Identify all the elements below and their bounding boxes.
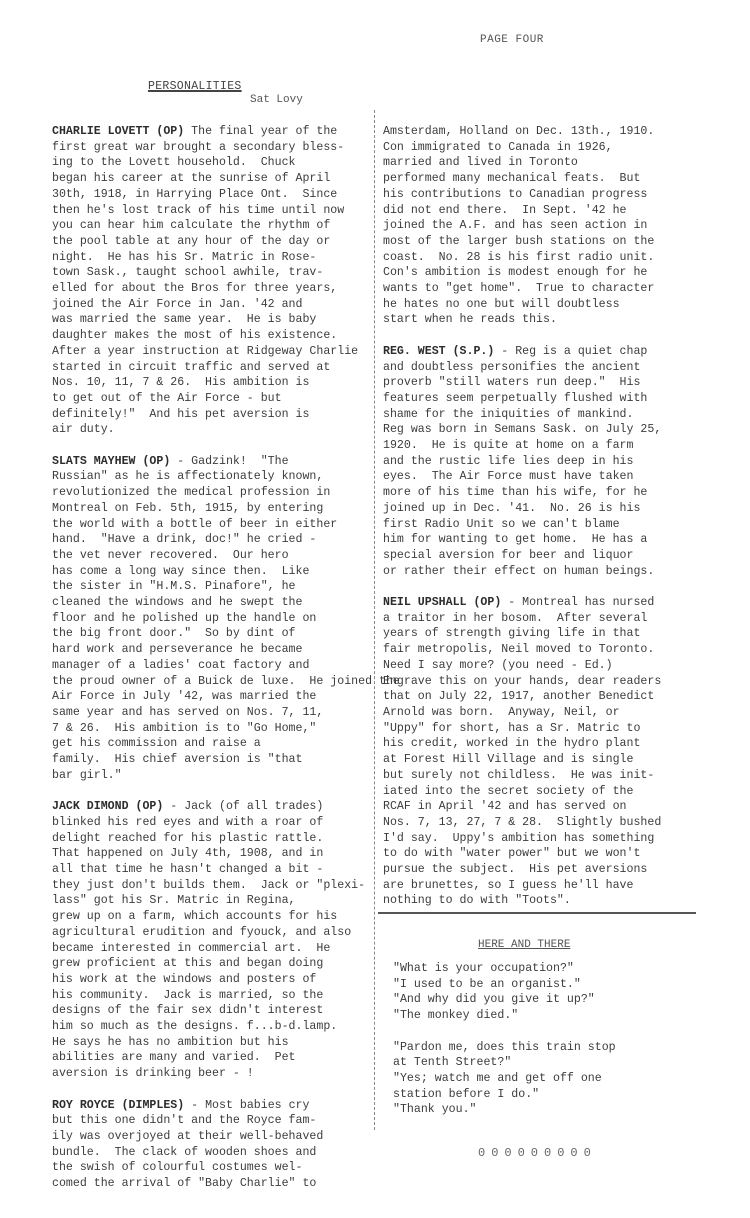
text-line: years of strength giving life in that <box>383 626 703 642</box>
text-line: his work at the windows and posters of <box>52 972 370 988</box>
text-line: hand. "Have a drink, doc!" he cried - <box>52 532 370 548</box>
text-line: the pool table at any hour of the day or <box>52 234 370 250</box>
text-line: all that time he hasn't changed a bit - <box>52 862 370 878</box>
text-line: and doubtless personifies the ancient <box>383 360 703 376</box>
profile-name: CHARLIE LOVETT (OP) <box>52 125 184 138</box>
joke-line: "The monkey died." <box>393 1008 616 1024</box>
joke: "Pardon me, does this train stopat Tenth… <box>393 1040 616 1119</box>
text-line: a traitor in her bosom. After several <box>383 611 703 627</box>
text-line: joined the A.F. and has seen action in <box>383 218 703 234</box>
text-line: bundle. The clack of wooden shoes and <box>52 1145 370 1161</box>
joke-line: at Tenth Street?" <box>393 1055 616 1071</box>
text-line: 30th, 1918, in Harrying Place Ont. Since <box>52 187 370 203</box>
text-line: Need I say more? (you need - Ed.) <box>383 658 703 674</box>
joke-line: "Thank you." <box>393 1102 616 1118</box>
profile-name: NEIL UPSHALL (OP) <box>383 596 501 609</box>
text-line: 1920. He is quite at home on a farm <box>383 438 703 454</box>
text-line: the vet never recovered. Our hero <box>52 548 370 564</box>
text-line: family. His chief aversion is "that <box>52 752 370 768</box>
text-line: agricultural erudition and fyouck, and a… <box>52 925 370 941</box>
column-divider <box>374 110 375 1130</box>
text-line: Nos. 7, 13, 27, 7 & 28. Slightly bushed <box>383 815 703 831</box>
profile-name: JACK DIMOND (OP) <box>52 800 163 813</box>
text-line: wants to "get home". True to character <box>383 281 703 297</box>
text-line: more of his time than his wife, for he <box>383 485 703 501</box>
text-line: 7 & 26. His ambition is to "Go Home," <box>52 721 370 737</box>
joke-line: "And why did you give it up?" <box>393 992 616 1008</box>
text-line: ing to the Lovett household. Chuck <box>52 155 370 171</box>
profile-paragraph: NEIL UPSHALL (OP) - Montreal has nurseda… <box>383 595 703 909</box>
text-line: joined up in Dec. '41. No. 26 is his <box>383 501 703 517</box>
text-line: daughter makes the most of his existence… <box>52 328 370 344</box>
text-line: to do with "water power" but we won't <box>383 846 703 862</box>
text-line: CHARLIE LOVETT (OP) The final year of th… <box>52 124 370 140</box>
text-line: abilities are many and varied. Pet <box>52 1050 370 1066</box>
text-line: "Uppy" for short, has a Sr. Matric to <box>383 721 703 737</box>
text-line: Reg was born in Semans Sask. on July 25, <box>383 422 703 438</box>
text-line: became interested in commercial art. He <box>52 941 370 957</box>
text-line: aversion is drinking beer - ! <box>52 1066 370 1082</box>
profile-paragraph: SLATS MAYHEW (OP) - Gadzink! "TheRussian… <box>52 454 370 784</box>
text-line: comed the arrival of "Baby Charlie" to <box>52 1176 370 1192</box>
joke: "What is your occupation?""I used to be … <box>393 961 616 1024</box>
text-line: blinked his red eyes and with a roar of <box>52 815 370 831</box>
box-title: HERE AND THERE <box>478 939 570 951</box>
text-line: him for wanting to get home. He has a <box>383 532 703 548</box>
profile-paragraph: CHARLIE LOVETT (OP) The final year of th… <box>52 124 370 438</box>
text-line: his credit, worked in the hydro plant <box>383 736 703 752</box>
text-line: was married the same year. He is baby <box>52 312 370 328</box>
text-line: but this one didn't and the Royce fam- <box>52 1113 370 1129</box>
jokes-section: "What is your occupation?""I used to be … <box>393 961 616 1134</box>
text-line: JACK DIMOND (OP) - Jack (of all trades) <box>52 799 370 815</box>
text-line: they just don't builds them. Jack or "pl… <box>52 878 370 894</box>
text-line: at Forest Hill Village and is single <box>383 752 703 768</box>
text-line: fair metropolis, Neil moved to Toronto. <box>383 642 703 658</box>
page-number: PAGE FOUR <box>480 34 544 46</box>
text-line: bar girl." <box>52 768 370 784</box>
text-line: to get out of the Air Force - but <box>52 391 370 407</box>
text-line: REG. WEST (S.P.) - Reg is a quiet chap <box>383 344 703 360</box>
text-line: pursue the subject. His pet aversions <box>383 862 703 878</box>
profile-paragraph: Amsterdam, Holland on Dec. 13th., 1910.C… <box>383 124 703 328</box>
text-line: but surely not childless. He was init- <box>383 768 703 784</box>
text-line: iated into the secret society of the <box>383 784 703 800</box>
text-line: performed many mechanical feats. But <box>383 171 703 187</box>
horizontal-rule <box>378 912 696 914</box>
text-line: He says he has no ambition but his <box>52 1035 370 1051</box>
text-line: Nos. 10, 11, 7 & 26. His ambition is <box>52 375 370 391</box>
text-line: the proud owner of a Buick de luxe. He j… <box>52 674 370 690</box>
text-line: joined the Air Force in Jan. '42 and <box>52 297 370 313</box>
text-line: first Radio Unit so we can't blame <box>383 517 703 533</box>
text-line: the big front door." So by dint of <box>52 626 370 642</box>
text-line: ROY ROYCE (DIMPLES) - Most babies cry <box>52 1098 370 1114</box>
text-line: most of the larger bush stations on the <box>383 234 703 250</box>
footer-mark: 000000000 <box>478 1146 597 1160</box>
byline: Sat Lovy <box>250 94 303 106</box>
profile-name: REG. WEST (S.P.) <box>383 345 494 358</box>
text-line: him so much as the designs. f...b-d.lamp… <box>52 1019 370 1035</box>
text-line: grew proficient at this and began doing <box>52 956 370 972</box>
text-line: has come a long way since then. Like <box>52 564 370 580</box>
text-line: Engrave this on your hands, dear readers <box>383 674 703 690</box>
text-line: designs of the fair sex didn't interest <box>52 1003 370 1019</box>
profile-paragraph: ROY ROYCE (DIMPLES) - Most babies crybut… <box>52 1098 370 1192</box>
text-line: After a year instruction at Ridgeway Cha… <box>52 344 370 360</box>
joke-line: "Pardon me, does this train stop <box>393 1040 616 1056</box>
text-line: his contributions to Canadian progress <box>383 187 703 203</box>
text-line: eyes. The Air Force must have taken <box>383 469 703 485</box>
text-line: special aversion for beer and liquor <box>383 548 703 564</box>
profile-paragraph: REG. WEST (S.P.) - Reg is a quiet chapan… <box>383 344 703 580</box>
profile-name: SLATS MAYHEW (OP) <box>52 455 170 468</box>
text-line: began his career at the sunrise of April <box>52 171 370 187</box>
text-line: he hates no one but will doubtless <box>383 297 703 313</box>
text-line: cleaned the windows and he swept the <box>52 595 370 611</box>
text-line: RCAF in April '42 and has served on <box>383 799 703 815</box>
text-line: nothing to do with "Toots". <box>383 893 703 909</box>
text-line: coast. No. 28 is his first radio unit. <box>383 250 703 266</box>
text-line: his community. Jack is married, so the <box>52 988 370 1004</box>
text-line: are brunettes, so I guess he'll have <box>383 878 703 894</box>
joke-line: "Yes; watch me and get off one <box>393 1071 616 1087</box>
text-line: I'd say. Uppy's ambition has something <box>383 831 703 847</box>
text-line: Montreal on Feb. 5th, 1915, by entering <box>52 501 370 517</box>
text-line: get his commission and raise a <box>52 736 370 752</box>
text-line: start when he reads this. <box>383 312 703 328</box>
text-line: ily was overjoyed at their well-behaved <box>52 1129 370 1145</box>
text-line: Air Force in July '42, was married the <box>52 689 370 705</box>
text-line: elled for about the Bros for three years… <box>52 281 370 297</box>
text-line: town Sask., taught school awhile, trav- <box>52 265 370 281</box>
text-line: first great war brought a secondary bles… <box>52 140 370 156</box>
text-line: Russian" as he is affectionately known, <box>52 469 370 485</box>
text-line: proverb "still waters run deep." His <box>383 375 703 391</box>
text-line: then he's lost track of his time until n… <box>52 203 370 219</box>
text-line: you can hear him calculate the rhythm of <box>52 218 370 234</box>
text-line: grew up on a farm, which accounts for hi… <box>52 909 370 925</box>
text-line: and the rustic life lies deep in his <box>383 454 703 470</box>
text-line: that on July 22, 1917, another Benedict <box>383 689 703 705</box>
text-line: features seem perpetually flushed with <box>383 391 703 407</box>
right-column: Amsterdam, Holland on Dec. 13th., 1910.C… <box>383 124 703 925</box>
text-line: lass" got his Sr. Matric in Regina, <box>52 893 370 909</box>
text-line: definitely!" And his pet aversion is <box>52 407 370 423</box>
text-line: Con's ambition is modest enough for he <box>383 265 703 281</box>
joke-line: "I used to be an organist." <box>393 977 616 993</box>
text-line: did not end there. In Sept. '42 he <box>383 203 703 219</box>
section-title: PERSONALITIES <box>148 80 242 93</box>
text-line: the sister in "H.M.S. Pinafore", he <box>52 579 370 595</box>
text-line: air duty. <box>52 422 370 438</box>
left-column: CHARLIE LOVETT (OP) The final year of th… <box>52 124 370 1207</box>
profile-name: ROY ROYCE (DIMPLES) <box>52 1099 184 1112</box>
text-line: same year and has served on Nos. 7, 11, <box>52 705 370 721</box>
text-line: or rather their effect on human beings. <box>383 564 703 580</box>
text-line: started in circuit traffic and served at <box>52 360 370 376</box>
text-line: night. He has his Sr. Matric in Rose- <box>52 250 370 266</box>
text-line: shame for the iniquities of mankind. <box>383 407 703 423</box>
profile-paragraph: JACK DIMOND (OP) - Jack (of all trades)b… <box>52 799 370 1082</box>
text-line: the swish of colourful costumes wel- <box>52 1160 370 1176</box>
text-line: married and lived in Toronto <box>383 155 703 171</box>
text-line: floor and he polished up the handle on <box>52 611 370 627</box>
text-line: hard work and perseverance he became <box>52 642 370 658</box>
text-line: Arnold was born. Anyway, Neil, or <box>383 705 703 721</box>
joke-line: "What is your occupation?" <box>393 961 616 977</box>
text-line: revolutionized the medical profession in <box>52 485 370 501</box>
text-line: That happened on July 4th, 1908, and in <box>52 846 370 862</box>
text-line: SLATS MAYHEW (OP) - Gadzink! "The <box>52 454 370 470</box>
joke-line: station before I do." <box>393 1087 616 1103</box>
text-line: NEIL UPSHALL (OP) - Montreal has nursed <box>383 595 703 611</box>
text-line: manager of a ladies' coat factory and <box>52 658 370 674</box>
text-line: Con immigrated to Canada in 1926, <box>383 140 703 156</box>
text-line: the world with a bottle of beer in eithe… <box>52 517 370 533</box>
text-line: delight reached for his plastic rattle. <box>52 831 370 847</box>
text-line: Amsterdam, Holland on Dec. 13th., 1910. <box>383 124 703 140</box>
